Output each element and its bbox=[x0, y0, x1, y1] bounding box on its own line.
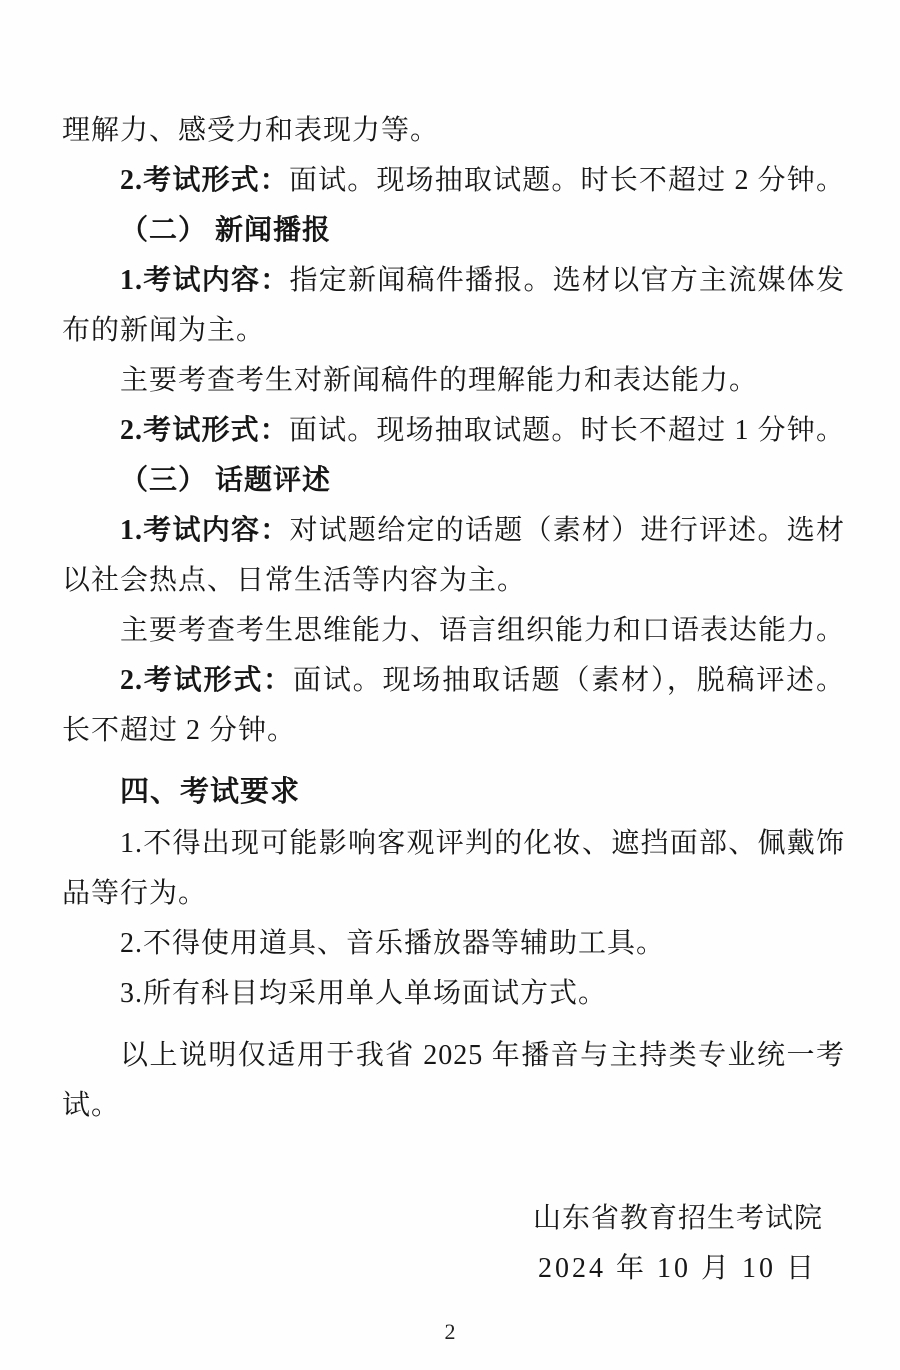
exam-format-item: 2.考试形式：面试。现场抽取试题。时长不超过 2 分钟。 bbox=[62, 156, 845, 206]
heading-text: 四、考试要求 bbox=[120, 776, 300, 808]
line-text: 品等行为。 bbox=[62, 878, 207, 909]
line-text: 面试。现场抽取试题。时长不超过 2 分钟。 bbox=[289, 165, 845, 196]
requirement-item: 1.不得出现可能影响客观评判的化妆、遮挡面部、佩戴饰 bbox=[62, 819, 845, 869]
heading-text: （二） 新闻播报 bbox=[120, 215, 331, 246]
section-heading-exam-requirements: 四、考试要求 bbox=[62, 767, 845, 817]
exam-content-item: 1.考试内容：指定新闻稿件播报。选材以官方主流媒体发 bbox=[62, 256, 845, 306]
document-page: 理解力、感受力和表现力等。 2.考试形式：面试。现场抽取试题。时长不超过 2 分… bbox=[0, 0, 900, 1370]
exam-format-item-continuation: 长不超过 2 分钟。 bbox=[62, 706, 845, 756]
page-number: 2 bbox=[0, 1318, 900, 1346]
requirement-item: 3.所有科目均采用单人单场面试方式。 bbox=[62, 969, 845, 1019]
line-text: 指定新闻稿件播报。选材以官方主流媒体发 bbox=[290, 265, 845, 296]
line-text: 面试。现场抽取试题。时长不超过 1 分钟。 bbox=[289, 415, 845, 446]
requirement-item: 2.不得使用道具、音乐播放器等辅助工具。 bbox=[62, 919, 845, 969]
heading-text: （三） 话题评述 bbox=[120, 465, 331, 496]
run-in-heading: 2.考试形式： bbox=[120, 415, 289, 446]
line-text: 理解力、感受力和表现力等。 bbox=[62, 115, 439, 146]
section-heading-news-broadcast: （二） 新闻播报 bbox=[62, 206, 845, 256]
run-in-heading: 1.考试内容： bbox=[120, 515, 290, 546]
line-text: 1.不得出现可能影响客观评判的化妆、遮挡面部、佩戴饰 bbox=[120, 828, 845, 859]
requirement-item-continuation: 品等行为。 bbox=[62, 869, 845, 919]
closing-note-continuation: 试。 bbox=[62, 1081, 845, 1131]
signature-block: 山东省教育招生考试院 2024 年 10 月 10 日 bbox=[62, 1194, 845, 1294]
signature-date: 2024 年 10 月 10 日 bbox=[62, 1244, 845, 1294]
line-text: 长不超过 2 分钟。 bbox=[62, 715, 296, 746]
exam-content-item-continuation: 布的新闻为主。 bbox=[62, 306, 845, 356]
line-text: 以社会热点、日常生活等内容为主。 bbox=[62, 565, 526, 596]
document-body: 理解力、感受力和表现力等。 2.考试形式：面试。现场抽取试题。时长不超过 2 分… bbox=[62, 106, 845, 1294]
line-text: 3.所有科目均采用单人单场面试方式。 bbox=[120, 978, 607, 1009]
exam-format-item: 2.考试形式：面试。现场抽取试题。时长不超过 1 分钟。 bbox=[62, 406, 845, 456]
line-text: 试。 bbox=[62, 1090, 120, 1121]
line-text: 主要考查考生思维能力、语言组织能力和口语表达能力。 bbox=[120, 615, 845, 646]
run-in-heading: 2.考试形式： bbox=[120, 665, 293, 696]
exam-content-item: 1.考试内容：对试题给定的话题（素材）进行评述。选材 bbox=[62, 506, 845, 556]
line-text: 主要考查考生对新闻稿件的理解能力和表达能力。 bbox=[120, 365, 758, 396]
exam-note: 主要考查考生思维能力、语言组织能力和口语表达能力。 bbox=[62, 606, 845, 656]
line-text: 以上说明仅适用于我省 2025 年播音与主持类专业统一考 bbox=[120, 1040, 845, 1071]
section-heading-topic-commentary: （三） 话题评述 bbox=[62, 456, 845, 506]
exam-note: 主要考查考生对新闻稿件的理解能力和表达能力。 bbox=[62, 356, 845, 406]
para-continuation-line: 理解力、感受力和表现力等。 bbox=[62, 106, 845, 156]
exam-format-item: 2.考试形式：面试。现场抽取话题（素材），脱稿评述。时 bbox=[62, 656, 845, 706]
line-text: 对试题给定的话题（素材）进行评述。选材 bbox=[290, 515, 845, 546]
signature-org: 山东省教育招生考试院 bbox=[62, 1194, 845, 1244]
exam-content-item-continuation: 以社会热点、日常生活等内容为主。 bbox=[62, 556, 845, 606]
run-in-heading: 1.考试内容： bbox=[120, 265, 290, 296]
line-text: 2.不得使用道具、音乐播放器等辅助工具。 bbox=[120, 928, 665, 959]
run-in-heading: 2.考试形式： bbox=[120, 165, 289, 196]
line-text: 布的新闻为主。 bbox=[62, 315, 265, 346]
closing-note: 以上说明仅适用于我省 2025 年播音与主持类专业统一考 bbox=[62, 1031, 845, 1081]
